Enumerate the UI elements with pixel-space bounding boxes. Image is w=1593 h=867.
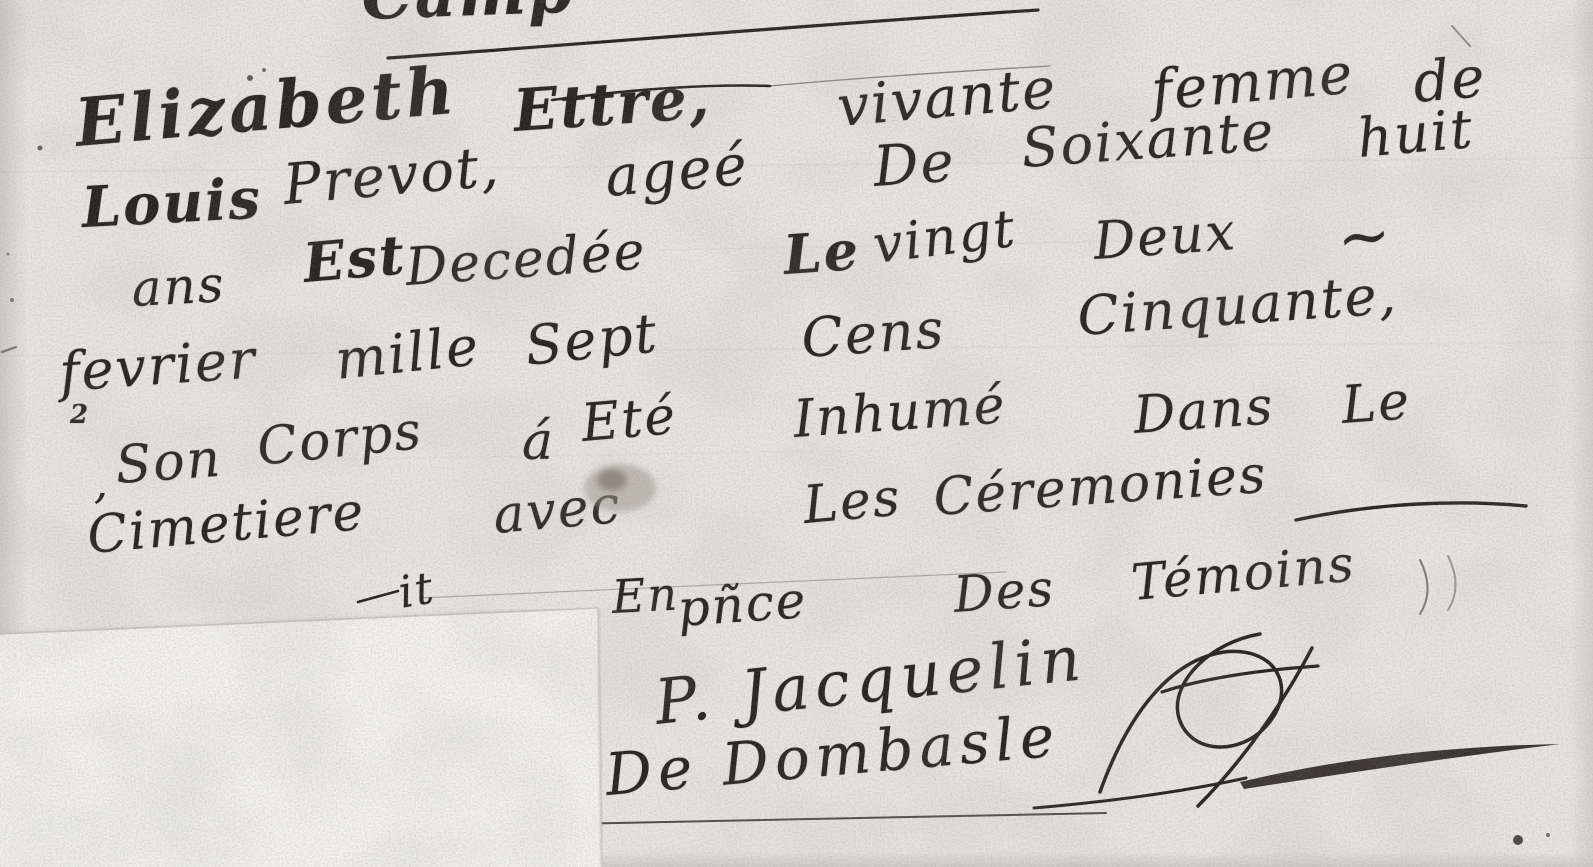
paper-grain-layer — [0, 0, 1593, 867]
paper-grain — [0, 0, 1593, 867]
manuscript-scan-page: Camp Elizabeth Ettre, vivante femme de L… — [0, 0, 1593, 867]
